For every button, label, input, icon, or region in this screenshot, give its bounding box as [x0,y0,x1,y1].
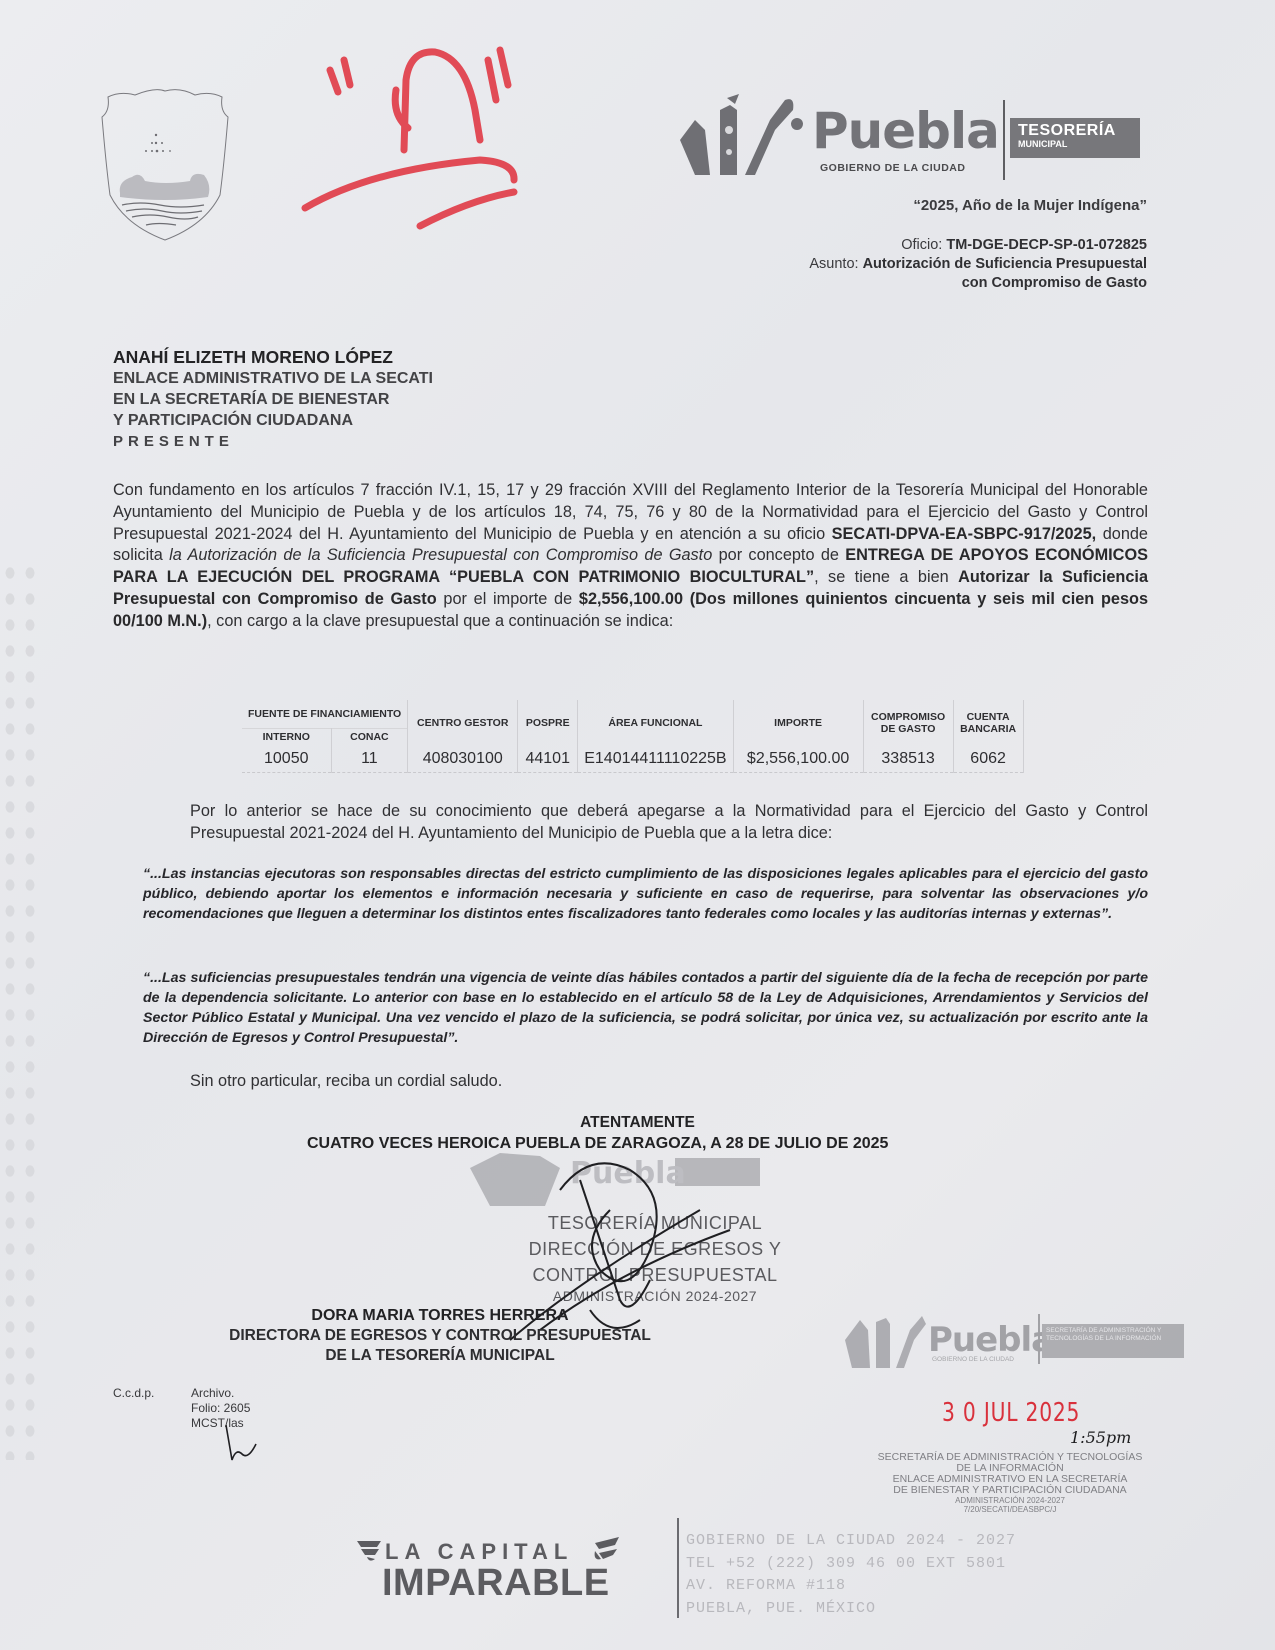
ccdp-item: Archivo. [191,1386,250,1401]
signer-block: DORA MARIA TORRES HERRERA DIRECTORA DE E… [0,1306,880,1366]
signer-title-1: DIRECTORA DE EGRESOS Y CONTROL PRESUPUES… [0,1326,880,1346]
document-page: Puebla GOBIERNO DE LA CIUDAD TESORERÍA M… [0,0,1275,1650]
recipient-name: ANAHÍ ELIZETH MORENO LÓPEZ [113,347,433,368]
header-interno: INTERNO [242,728,331,746]
asunto-line-2: con Compromiso de Gasto [962,275,1147,291]
receipt-logo-divider [1038,1314,1040,1364]
recipient-role-3: Y PARTICIPACIÓN CIUDADANA [113,410,433,431]
atentamente-label: ATENTAMENTE [0,1114,1275,1132]
oficio-label: Oficio: [901,237,946,253]
handwritten-initials [222,1420,262,1465]
receipt-logo-box: SECRETARÍA DE ADMINISTRACIÓN Y TECNOLOGÍ… [1042,1324,1184,1358]
signer-title-2: DE LA TESORERÍA MUNICIPAL [0,1346,880,1366]
address-line: AV. REFORMA #118 [686,1575,1016,1598]
received-time-note: 1:55pm [1070,1428,1131,1447]
address-line: PUEBLA, PUE. MÉXICO [686,1598,1016,1621]
receipt-stamp-logo: Puebla SECRETARÍA DE ADMINISTRACIÓN Y TE… [840,1310,1185,1372]
ccdp-item: Folio: 2605 [191,1401,250,1416]
recv-stamp-line: DE BIENESTAR Y PARTICIPACIÓN CIUDADANA [850,1485,1170,1496]
table-cell: 338513 [863,746,953,773]
header-area-funcional: ÁREA FUNCIONAL [578,700,733,746]
table-cell: 408030100 [408,746,518,773]
puebla-tesoreria-logo: Puebla GOBIERNO DE LA CIUDAD TESORERÍA M… [675,90,1145,185]
header-centro-gestor: CENTRO GESTOR [408,700,518,746]
request-subject: la Autorización de la Suficiencia Presup… [169,546,712,564]
table-cell: 11 [331,746,408,773]
ccdp-label: C.c.d.p. [113,1386,154,1400]
recipient-role-1: ENLACE ADMINISTRATIVO DE LA SECATI [113,368,433,389]
signer-name: DORA MARIA TORRES HERRERA [0,1306,880,1326]
normativity-text: Por lo anterior se hace de su conocimien… [113,800,1148,844]
puebla-monuments-icon [675,90,805,180]
tesoreria-badge: TESORERÍA MUNICIPAL [1010,118,1140,158]
right-wing-icon [591,1535,621,1563]
city-shield-icon [100,85,230,245]
main-paragraph: Con fundamento en los artículos 7 fracci… [113,480,1148,633]
recipient-role-2: EN LA SECRETARÍA DE BIENESTAR [113,389,433,410]
footer-divider [677,1518,679,1618]
brand-line-2: IMPARABLE [382,1562,610,1605]
logo-wordmark: Puebla [812,102,999,160]
received-office-stamp: SECRETARÍA DE ADMINISTRACIÓN Y TECNOLOGÍ… [850,1452,1170,1514]
logo-subtitle: GOBIERNO DE LA CIUDAD [820,162,965,174]
badge-line-1: TESORERÍA [1018,122,1132,139]
closing-salutation: Sin otro particular, reciba un cordial s… [190,1072,502,1091]
header-fuente-financiamiento: FUENTE DE FINANCIAMIENTO [242,700,408,728]
header-cuenta-bancaria: CUENTA BANCARIA [953,700,1023,746]
address-line: TEL +52 (222) 309 46 00 EXT 5801 [686,1553,1016,1576]
recv-stamp-line: ADMINISTRACIÓN 2024-2027 [850,1496,1170,1505]
quote-budget-validity: “...Las suficiencias presupuestales tend… [143,968,1148,1048]
table-cell: 44101 [518,746,578,773]
receipt-logo-word: Puebla [928,1320,1053,1360]
para-text: , se tiene a bien [814,568,958,586]
oficio-number: TM-DGE-DECP-SP-01-072825 [946,237,1147,253]
quote-executing-bodies: “...Las instancias ejecutoras son respon… [143,864,1148,924]
table-row: 100501140803010044101E14014411110225B$2,… [242,746,1023,773]
normativity-paragraph: Por lo anterior se hace de su conocimien… [113,800,1148,844]
badge-line-2: MUNICIPAL [1018,139,1132,150]
request-oficio-number: SECATI-DPVA-EA-SBPC-917/2025, [832,525,1097,543]
address-line: GOBIERNO DE LA CIUDAD 2024 - 2027 [686,1530,1016,1553]
table-cell: $2,556,100.00 [733,746,863,773]
oficio-reference: Oficio: TM-DGE-DECP-SP-01-072825 Asunto:… [809,236,1147,293]
footer-address: GOBIERNO DE LA CIUDAD 2024 - 2027 TEL +5… [686,1530,1016,1620]
header-conac: CONAC [331,728,408,746]
header-compromiso-gasto: COMPROMISO DE GASTO [863,700,953,746]
budget-key-table: FUENTE DE FINANCIAMIENTO CENTRO GESTOR P… [242,700,1024,773]
table-cell: E14014411110225B [578,746,733,773]
para-text: por el importe de [437,590,579,608]
presente-label: PRESENTE [113,431,433,452]
para-text: por concepto de [712,546,845,564]
received-date-stamp: 3 0 JUL 2025 [942,1398,1080,1428]
logo-divider [1003,100,1005,180]
left-wing-icon [355,1537,383,1563]
header-importe: IMPORTE [733,700,863,746]
receipt-logo-sub: GOBIERNO DE LA CIUDAD [932,1356,1014,1363]
table-cell: 10050 [242,746,331,773]
puebla-monuments-icon [840,1310,928,1370]
asunto-line-1: Autorización de Suficiencia Presupuestal [863,256,1147,272]
handwritten-a-mark [300,30,530,230]
capital-imparable-logo: LA CAPITAL IMPARABLE [355,1535,655,1610]
header-pospre: POSPRE [518,700,578,746]
recv-stamp-line: 7/20/SECATI/DEASBPC/J [850,1505,1170,1514]
para-text: , con cargo a la clave presupuestal que … [207,612,673,630]
table-cell: 6062 [953,746,1023,773]
year-motto: “2025, Año de la Mujer Indígena” [913,197,1147,214]
asunto-label: Asunto: [809,256,862,272]
recipient-block: ANAHÍ ELIZETH MORENO LÓPEZ ENLACE ADMINI… [113,347,433,452]
